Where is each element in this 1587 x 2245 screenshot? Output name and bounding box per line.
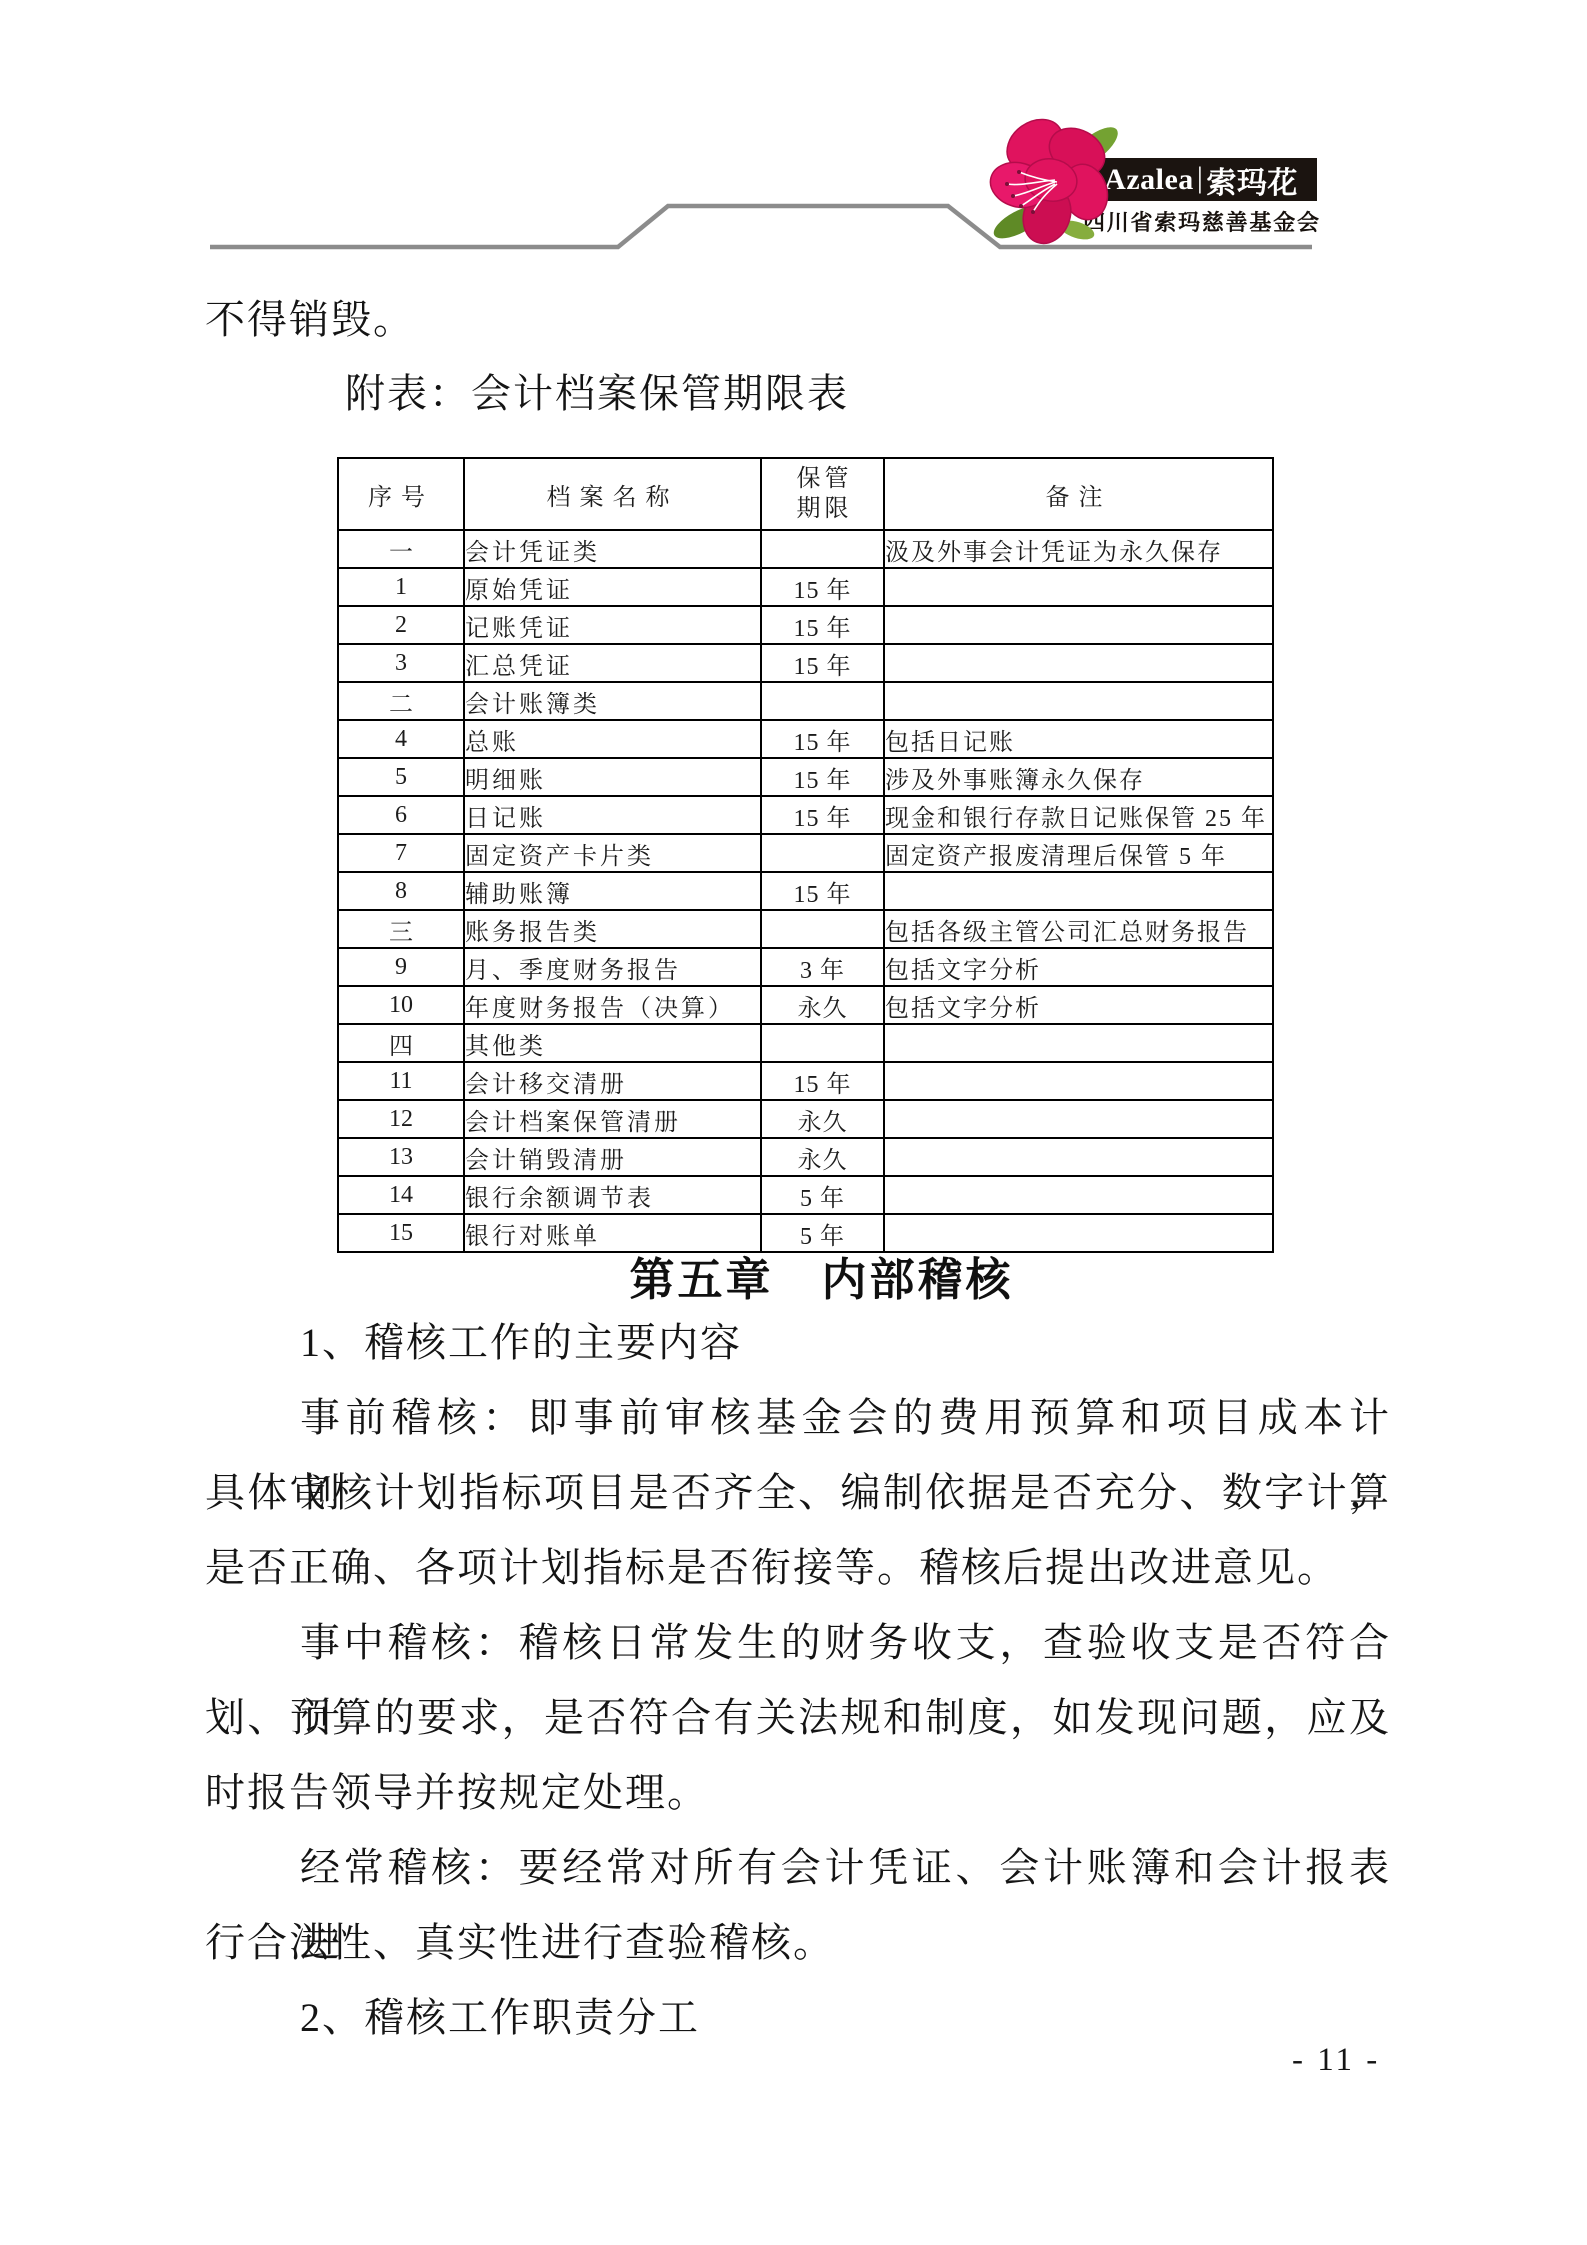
table-row: 14银行余额调节表5 年 [338,1176,1273,1214]
table-row: 12会计档案保管清册永久 [338,1100,1273,1138]
body-line: 划、预算的要求，是否符合有关法规和制度，如发现问题，应及 [205,1680,1391,1755]
table-row: 三账务报告类包括各级主管公司汇总财务报告 [338,910,1273,948]
table-cell-no: 7 [338,834,464,872]
table-cell-name: 日记账 [464,796,761,834]
foundation-logo: Azalea|索玛花 四川省索玛慈善基金会 [985,80,1330,255]
table-cell-remark [884,644,1273,682]
table-cell-period: 永久 [761,986,884,1024]
table-row: 7固定资产卡片类固定资产报废清理后保管 5 年 [338,834,1273,872]
table-cell-period: 永久 [761,1138,884,1176]
body-line: 是否正确、各项计划指标是否衔接等。稽核后提出改进意见。 [205,1530,1391,1605]
table-row: 10年度财务报告（决算）永久包括文字分析 [338,986,1273,1024]
table-cell-remark: 汲及外事会计凭证为永久保存 [884,530,1273,568]
table-cell-no: 11 [338,1062,464,1100]
table-row: 9月、季度财务报告3 年包括文字分析 [338,948,1273,986]
table-cell-name: 会计档案保管清册 [464,1100,761,1138]
table-cell-period [761,530,884,568]
table-row: 5明细账15 年涉及外事账簿永久保存 [338,758,1273,796]
table-cell-no: 三 [338,910,464,948]
archive-retention-table: 序号 档案名称 保管 期限 备注 一会计凭证类汲及外事会计凭证为永久保存1原始凭… [337,457,1274,1253]
table-cell-period: 15 年 [761,644,884,682]
body-line: 行合法性、真实性进行查验稽核。 [205,1905,1391,1980]
table-cell-no: 四 [338,1024,464,1062]
table-cell-no: 二 [338,682,464,720]
table-cell-period: 3 年 [761,948,884,986]
table-cell-remark [884,1138,1273,1176]
table-cell-remark: 包括各级主管公司汇总财务报告 [884,910,1273,948]
header-decorative-line [0,0,1587,300]
body-line: 事中稽核：稽核日常发生的财务收支，查验收支是否符合计 [205,1605,1391,1680]
table-row: 8辅助账簿15 年 [338,872,1273,910]
table-cell-no: 5 [338,758,464,796]
table-cell-period: 15 年 [761,568,884,606]
table-cell-period: 5 年 [761,1176,884,1214]
table-cell-name: 账务报告类 [464,910,761,948]
table-row: 1原始凭证15 年 [338,568,1273,606]
table-cell-name: 其他类 [464,1024,761,1062]
body-line: 经常稽核：要经常对所有会计凭证、会计账簿和会计报表进 [205,1830,1391,1905]
table-cell-period [761,834,884,872]
table-cell-no: 14 [338,1176,464,1214]
table-cell-name: 记账凭证 [464,606,761,644]
column-header-period: 保管 期限 [761,458,884,530]
table-cell-no: 13 [338,1138,464,1176]
table-cell-name: 原始凭证 [464,568,761,606]
table-cell-no: 9 [338,948,464,986]
table-row: 6日记账15 年现金和银行存款日记账保管 25 年 [338,796,1273,834]
table-cell-period [761,682,884,720]
table-cell-remark: 固定资产报废清理后保管 5 年 [884,834,1273,872]
table-caption: 附表：会计档案保管期限表 [345,362,849,419]
table-cell-name: 银行余额调节表 [464,1176,761,1214]
table-cell-no: 8 [338,872,464,910]
table-cell-period: 永久 [761,1100,884,1138]
table-cell-period: 15 年 [761,758,884,796]
table-cell-remark [884,1100,1273,1138]
table-cell-remark [884,1024,1273,1062]
table-cell-period [761,910,884,948]
table-cell-remark: 涉及外事账簿永久保存 [884,758,1273,796]
table-cell-name: 年度财务报告（决算） [464,986,761,1024]
table-cell-no: 6 [338,796,464,834]
table-cell-no: 10 [338,986,464,1024]
table-cell-period: 15 年 [761,872,884,910]
logo-brand-divider: | [1197,161,1204,195]
table-cell-remark [884,872,1273,910]
table-cell-name: 月、季度财务报告 [464,948,761,986]
body-line: 1、稽核工作的主要内容 [205,1305,1391,1380]
table-cell-no: 4 [338,720,464,758]
table-cell-name: 明细账 [464,758,761,796]
table-row: 四其他类 [338,1024,1273,1062]
table-header-row: 序号 档案名称 保管 期限 备注 [338,458,1273,530]
table-cell-name: 固定资产卡片类 [464,834,761,872]
table-row: 13会计销毁清册永久 [338,1138,1273,1176]
table-cell-remark [884,682,1273,720]
table-cell-name: 辅助账簿 [464,872,761,910]
table-cell-period: 15 年 [761,606,884,644]
body-line: 事前稽核：即事前审核基金会的费用预算和项目成本计划， [205,1380,1391,1455]
table-cell-remark [884,568,1273,606]
table-cell-period: 15 年 [761,796,884,834]
table-cell-no: 2 [338,606,464,644]
table-cell-remark: 包括日记账 [884,720,1273,758]
table-row: 二会计账簿类 [338,682,1273,720]
column-header-no: 序号 [338,458,464,530]
table-cell-remark [884,1176,1273,1214]
azalea-flower-icon [985,100,1135,255]
table-cell-no: 12 [338,1100,464,1138]
table-cell-remark: 包括文字分析 [884,986,1273,1024]
body-line: 具体审核计划指标项目是否齐全、编制依据是否充分、数字计算 [205,1455,1391,1530]
table-row: 11会计移交清册15 年 [338,1062,1273,1100]
table-row: 4总账15 年包括日记账 [338,720,1273,758]
table-cell-name: 会计销毁清册 [464,1138,761,1176]
table-cell-remark [884,1062,1273,1100]
body-text: 1、稽核工作的主要内容事前稽核：即事前审核基金会的费用预算和项目成本计划，具体审… [205,1305,1391,2055]
table-cell-remark: 现金和银行存款日记账保管 25 年 [884,796,1273,834]
document-page: Azalea|索玛花 四川省索玛慈善基金会 [0,0,1587,2245]
table-cell-period: 15 年 [761,720,884,758]
logo-brand-cn: 索玛花 [1206,158,1298,202]
table-cell-name: 会计账簿类 [464,682,761,720]
column-header-remark: 备注 [884,458,1273,530]
table-cell-period: 15 年 [761,1062,884,1100]
table-cell-name: 总账 [464,720,761,758]
chapter-heading: 第五章 内部稽核 [28,1243,1587,1308]
table-row: 2记账凭证15 年 [338,606,1273,644]
table-cell-remark: 包括文字分析 [884,948,1273,986]
column-header-name: 档案名称 [464,458,761,530]
table-cell-no: 1 [338,568,464,606]
table-cell-no: 一 [338,530,464,568]
body-line: 时报告领导并按规定处理。 [205,1755,1391,1830]
table-cell-name: 会计移交清册 [464,1062,761,1100]
page-number: - 11 - [1292,2042,1380,2079]
table-cell-no: 3 [338,644,464,682]
body-line: 2、稽核工作职责分工 [205,1980,1391,2055]
table-row: 一会计凭证类汲及外事会计凭证为永久保存 [338,530,1273,568]
paragraph-continuation-text: 不得销毁。 [205,288,415,345]
table-cell-name: 汇总凭证 [464,644,761,682]
table-cell-remark [884,606,1273,644]
table-cell-period [761,1024,884,1062]
table-cell-name: 会计凭证类 [464,530,761,568]
table-row: 3汇总凭证15 年 [338,644,1273,682]
